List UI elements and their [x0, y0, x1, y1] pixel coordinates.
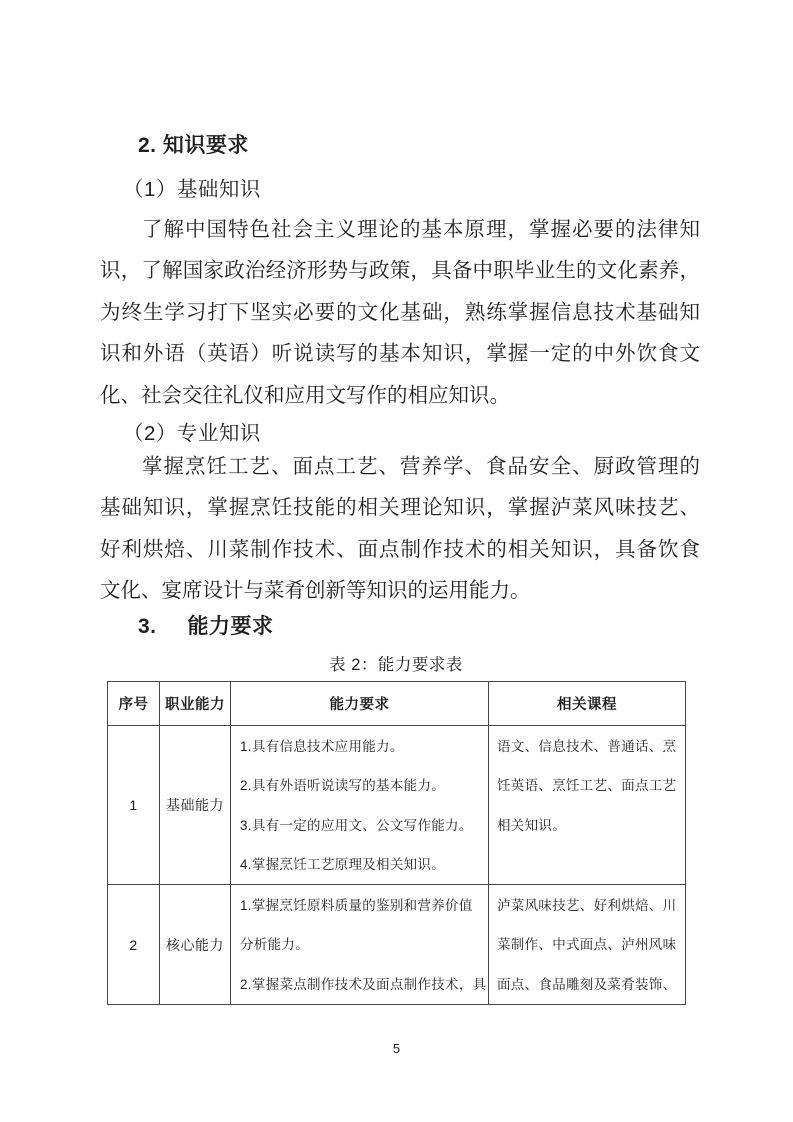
section-heading-knowledge: 2. 知识要求	[138, 134, 249, 157]
course-line: 相关知识。	[497, 806, 680, 845]
table-header-row: 序号 职业能力 能力要求 相关课程	[108, 682, 686, 726]
ability-cell: 基础能力	[160, 726, 231, 885]
table-caption: 表 2：能力要求表	[107, 655, 685, 675]
paragraph-basic-knowledge: 了解中国特色社会主义理论的基本原理，掌握必要的法律知 识，了解国家政治经济形势与…	[100, 209, 700, 416]
ability-requirements-table: 序号 职业能力 能力要求 相关课程 1 基础能力 1.具有信息技术应用能力。 2…	[107, 681, 686, 1005]
body-line: 了解中国特色社会主义理论的基本原理，掌握必要的法律知	[100, 209, 700, 250]
document-page: 2. 知识要求 （1）基础知识 了解中国特色社会主义理论的基本原理，掌握必要的法…	[0, 0, 793, 1122]
body-line: 识，了解国家政治经济形势与政策，具备中职毕业生的文化素养，	[100, 250, 700, 291]
course-line: 饪英语、烹饪工艺、面点工艺	[497, 766, 680, 805]
page-number: 5	[0, 1041, 793, 1056]
requirement-line: 1.掌握烹饪原料质量的鉴别和营养价值	[240, 886, 483, 925]
course-line: 泸菜风味技艺、好利烘焙、川	[497, 886, 680, 925]
table-row: 1 基础能力 1.具有信息技术应用能力。 2.具有外语听说读写的基本能力。 3.…	[108, 726, 686, 885]
requirement-line: 分析能力。	[240, 925, 483, 964]
body-line: 掌握烹饪工艺、面点工艺、营养学、食品安全、厨政管理的	[100, 446, 700, 487]
requirements-cell: 1.具有信息技术应用能力。 2.具有外语听说读写的基本能力。 3.具有一定的应用…	[231, 726, 489, 885]
serial-cell: 2	[108, 885, 160, 1005]
requirement-line: 1.具有信息技术应用能力。	[240, 727, 483, 766]
course-line: 菜制作、中式面点、泸州风味	[497, 925, 680, 964]
section-heading-ability: 3.能力要求	[138, 615, 274, 638]
section-number: 3.	[138, 615, 157, 638]
requirement-line: 3.具有一定的应用文、公文写作能力。	[240, 806, 483, 845]
courses-cell: 语文、信息技术、普通话、烹 饪英语、烹饪工艺、面点工艺 相关知识。	[489, 726, 686, 885]
table-row: 2 核心能力 1.掌握烹饪原料质量的鉴别和营养价值 分析能力。 2.掌握菜点制作…	[108, 885, 686, 1005]
col-header-serial: 序号	[108, 682, 160, 726]
course-line: 语文、信息技术、普通话、烹	[497, 727, 680, 766]
ability-cell: 核心能力	[160, 885, 231, 1005]
body-line: 基础知识，掌握烹饪技能的相关理论知识，掌握泸菜风味技艺、	[100, 487, 700, 528]
requirement-line: 2.具有外语听说读写的基本能力。	[240, 766, 483, 805]
section-title: 能力要求	[188, 615, 274, 638]
body-line: 文化、宴席设计与菜肴创新等知识的运用能力。	[100, 570, 700, 611]
col-header-courses: 相关课程	[489, 682, 686, 726]
requirement-line: 4.掌握烹饪工艺原理及相关知识。	[240, 845, 483, 884]
requirement-line: 2.掌握菜点制作技术及面点制作技术，具	[240, 965, 483, 1004]
serial-cell: 1	[108, 726, 160, 885]
paragraph-professional-knowledge: 掌握烹饪工艺、面点工艺、营养学、食品安全、厨政管理的 基础知识，掌握烹饪技能的相…	[100, 446, 700, 612]
subheading-professional-knowledge: （2）专业知识	[123, 422, 261, 445]
requirements-cell: 1.掌握烹饪原料质量的鉴别和营养价值 分析能力。 2.掌握菜点制作技术及面点制作…	[231, 885, 489, 1005]
course-line: 面点、食品雕刻及菜肴装饰、	[497, 965, 680, 1004]
body-line: 为终生学习打下坚实必要的文化基础，熟练掌握信息技术基础知	[100, 292, 700, 333]
body-line: 好利烘焙、川菜制作技术、面点制作技术的相关知识，具备饮食	[100, 529, 700, 570]
col-header-requirements: 能力要求	[231, 682, 489, 726]
body-line: 识和外语（英语）听说读写的基本知识，掌握一定的中外饮食文	[100, 333, 700, 374]
courses-cell: 泸菜风味技艺、好利烘焙、川 菜制作、中式面点、泸州风味 面点、食品雕刻及菜肴装饰…	[489, 885, 686, 1005]
body-line: 化、社会交往礼仪和应用文写作的相应知识。	[100, 375, 700, 416]
subheading-basic-knowledge: （1）基础知识	[123, 178, 261, 201]
col-header-ability: 职业能力	[160, 682, 231, 726]
